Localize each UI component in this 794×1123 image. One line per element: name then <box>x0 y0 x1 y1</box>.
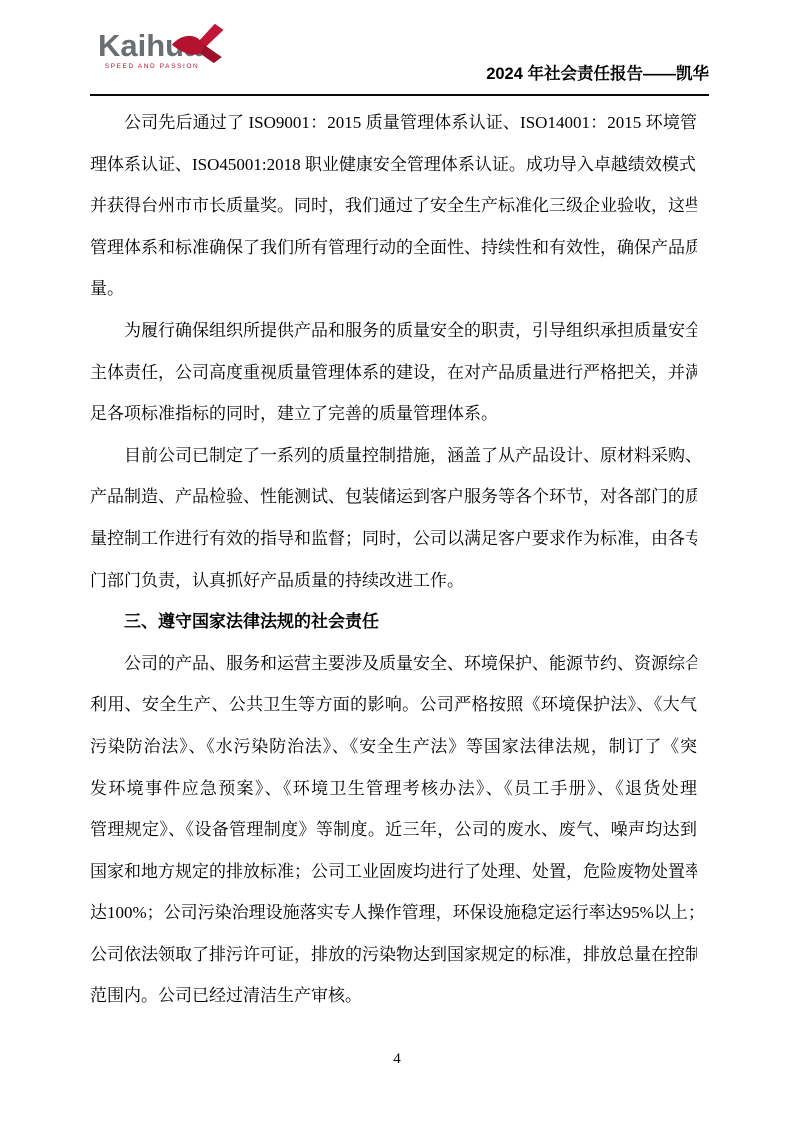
text-line: 门部门负责，认真抓好产品质量的持续改进工作。 <box>90 560 697 602</box>
text-line: 国家和地方规定的排放标准；公司工业固废均进行了处理、处置，危险废物处置率 <box>90 851 697 893</box>
text-line: 量控制工作进行有效的指导和监督；同时，公司以满足客户要求作为标准，由各专 <box>90 518 697 560</box>
text-line: 污染防治法》、《水污染防治法》、《安全生产法》等国家法律法规，制订了《突 <box>90 726 697 768</box>
text-line: 为履行确保组织所提供产品和服务的质量安全的职责，引导组织承担质量安全 <box>90 310 697 352</box>
document-body: 公司先后通过了 ISO9001：2015 质量管理体系认证、ISO14001：2… <box>90 102 697 1017</box>
text-line: 理体系认证、ISO45001:2018 职业健康安全管理体系认证。成功导入卓越绩… <box>90 144 697 186</box>
text-line: 利用、安全生产、公共卫生等方面的影响。公司严格按照《环境保护法》、《大气 <box>90 684 697 726</box>
paragraph-quality-responsibility: 为履行确保组织所提供产品和服务的质量安全的职责，引导组织承担质量安全 主体责任，… <box>90 310 697 435</box>
text-line: 足各项标准指标的同时，建立了完善的质量管理体系。 <box>90 393 697 435</box>
paragraph-certifications: 公司先后通过了 ISO9001：2015 质量管理体系认证、ISO14001：2… <box>90 102 697 310</box>
text-line: 公司的产品、服务和运营主要涉及质量安全、环境保护、能源节约、资源综合 <box>90 643 697 685</box>
text-line: 发环境事件应急预案》、《环境卫生管理考核办法》、《员工手册》、《退货处理 <box>90 768 697 810</box>
paragraph-legal-compliance: 公司的产品、服务和运营主要涉及质量安全、环境保护、能源节约、资源综合 利用、安全… <box>90 643 697 1017</box>
hummingbird-icon <box>171 21 227 65</box>
text-line: 量。 <box>90 268 697 310</box>
text-line: 公司依法领取了排污许可证，排放的污染物达到国家规定的标准，排放总量在控制 <box>90 934 697 976</box>
logo-row: Kaihua <box>98 30 201 62</box>
page-number: 4 <box>0 1051 794 1068</box>
text-line: 产品制造、产品检验、性能测试、包装储运到客户服务等各个环节，对各部门的质 <box>90 476 697 518</box>
company-logo: Kaihua SPEED AND PASSION <box>98 30 201 70</box>
text-line: 管理规定》、《设备管理制度》等制度。近三年，公司的废水、废气、噪声均达到 <box>90 809 697 851</box>
document-page: Kaihua SPEED AND PASSION 2024 年社会责任报告——凯… <box>0 0 794 1123</box>
text-line: 管理体系和标准确保了我们所有管理行动的全面性、持续性和有效性，确保产品质 <box>90 227 697 269</box>
report-title: 2024 年社会责任报告——凯华 <box>486 60 709 94</box>
text-line: 并获得台州市市长质量奖。同时，我们通过了安全生产标准化三级企业验收，这些 <box>90 185 697 227</box>
text-line: 公司先后通过了 ISO9001：2015 质量管理体系认证、ISO14001：2… <box>90 102 697 144</box>
page-header: Kaihua SPEED AND PASSION 2024 年社会责任报告——凯… <box>90 0 709 96</box>
text-line: 主体责任，公司高度重视质量管理体系的建设，在对产品质量进行严格把关，并满 <box>90 352 697 394</box>
text-line: 范围内。公司已经过清洁生产审核。 <box>90 975 697 1017</box>
paragraph-quality-control: 目前公司已制定了一系列的质量控制措施，涵盖了从产品设计、原材料采购、 产品制造、… <box>90 435 697 601</box>
text-line: 目前公司已制定了一系列的质量控制措施，涵盖了从产品设计、原材料采购、 <box>90 435 697 477</box>
section-heading: 三、遵守国家法律法规的社会责任 <box>90 601 697 643</box>
text-line: 达100%；公司污染治理设施落实专人操作管理，环保设施稳定运行率达95%以上； <box>90 892 697 934</box>
